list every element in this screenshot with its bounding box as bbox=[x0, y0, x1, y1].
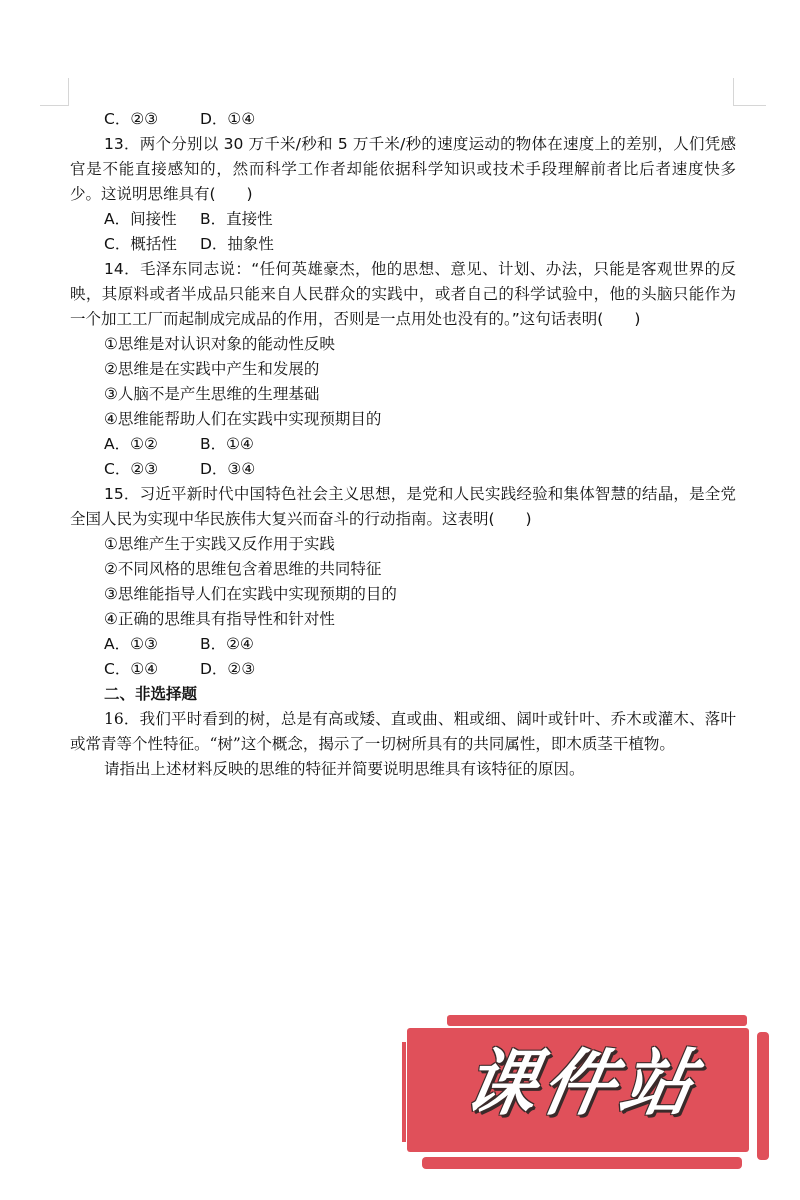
q12-options-cd: C．②③D．①④ bbox=[70, 107, 736, 132]
q14-statement-2: ②思维是在实践中产生和发展的 bbox=[70, 357, 736, 382]
q15-options-cd: C．①④D．②③ bbox=[70, 657, 736, 682]
option-c: C．概括性 bbox=[104, 232, 200, 257]
logo-stamp-gap bbox=[422, 1153, 732, 1156]
question-16-material: 16．我们平时看到的树，总是有高或矮、直或曲、粗或细、阔叶或针叶、乔木或灌木、落… bbox=[70, 707, 736, 757]
option-c: C．②③ bbox=[104, 107, 200, 132]
page-corner-mark-top-right bbox=[733, 78, 766, 106]
logo-stamp-bottom-bar bbox=[422, 1157, 742, 1169]
option-a: A．①② bbox=[104, 432, 200, 457]
option-d: D．③④ bbox=[200, 457, 255, 482]
q14-options-ab: A．①②B．①④ bbox=[70, 432, 736, 457]
question-14-stem: 14．毛泽东同志说：“任何英雄豪杰，他的思想、意见、计划、办法，只能是客观世界的… bbox=[70, 257, 736, 332]
logo-stamp-top-bar bbox=[447, 1015, 747, 1026]
logo-text: 课件站 bbox=[424, 1040, 739, 1126]
question-16-prompt: 请指出上述材料反映的思维的特征并简要说明思维具有该特征的原因。 bbox=[70, 757, 736, 782]
option-c: C．②③ bbox=[104, 457, 200, 482]
option-a: A．间接性 bbox=[104, 207, 200, 232]
option-b: B．②④ bbox=[200, 632, 254, 657]
question-13-stem: 13．两个分别以 30 万千米/秒和 5 万千米/秒的速度运动的物体在速度上的差… bbox=[70, 132, 736, 207]
q15-options-ab: A．①③B．②④ bbox=[70, 632, 736, 657]
q13-options-cd: C．概括性D．抽象性 bbox=[70, 232, 736, 257]
q15-statement-1: ①思维产生于实践又反作用于实践 bbox=[70, 532, 736, 557]
option-c: C．①④ bbox=[104, 657, 200, 682]
option-b: B．直接性 bbox=[200, 207, 273, 232]
option-d: D．②③ bbox=[200, 657, 255, 682]
q15-statement-3: ③思维能指导人们在实践中实现预期的目的 bbox=[70, 582, 736, 607]
logo-stamp-right-bar bbox=[757, 1032, 769, 1160]
q15-statement-4: ④正确的思维具有指导性和针对性 bbox=[70, 607, 736, 632]
question-15-stem: 15．习近平新时代中国特色社会主义思想，是党和人民实践经验和集体智慧的结晶，是全… bbox=[70, 482, 736, 532]
q14-options-cd: C．②③D．③④ bbox=[70, 457, 736, 482]
q14-statement-4: ④思维能帮助人们在实践中实现预期目的 bbox=[70, 407, 736, 432]
q13-options-ab: A．间接性B．直接性 bbox=[70, 207, 736, 232]
option-b: B．①④ bbox=[200, 432, 254, 457]
page-corner-mark-top-left bbox=[40, 78, 69, 106]
q14-statement-1: ①思维是对认识对象的能动性反映 bbox=[70, 332, 736, 357]
option-d: D．抽象性 bbox=[200, 232, 274, 257]
logo-stamp-left-bar bbox=[402, 1042, 406, 1142]
option-a: A．①③ bbox=[104, 632, 200, 657]
section-heading-non-choice: 二、非选择题 bbox=[70, 682, 736, 707]
watermark-logo: 课件站 bbox=[402, 1012, 774, 1174]
option-d: D．①④ bbox=[200, 107, 255, 132]
q15-statement-2: ②不同风格的思维包含着思维的共同特征 bbox=[70, 557, 736, 582]
q14-statement-3: ③人脑不是产生思维的生理基础 bbox=[70, 382, 736, 407]
document-page: C．②③D．①④ 13．两个分别以 30 万千米/秒和 5 万千米/秒的速度运动… bbox=[70, 107, 736, 782]
